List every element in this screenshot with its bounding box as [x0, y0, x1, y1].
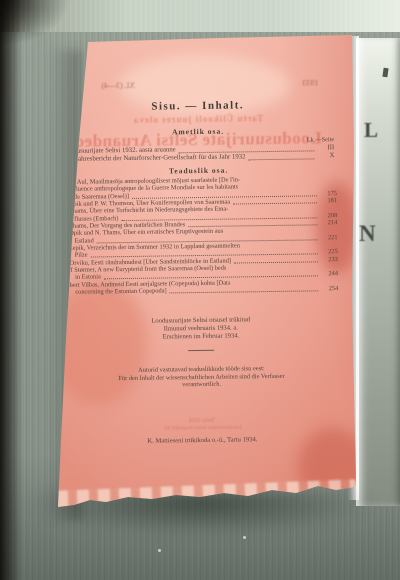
dot-leader	[249, 158, 315, 160]
dust-speck	[243, 536, 246, 539]
photo-dark-left-edge	[0, 0, 22, 580]
page-number: 181	[320, 197, 337, 205]
dot-leader	[170, 290, 319, 293]
mirrored-text: Tartu 1934	[189, 418, 215, 424]
mirrored-text: Tartu Ülikooli juures oleva	[133, 113, 263, 125]
page-number: 244	[321, 271, 338, 279]
cover-letter: L	[364, 120, 378, 141]
page-number: III	[317, 144, 334, 152]
mirrored-text: 1933	[302, 78, 318, 87]
page-column-label: Lk.—Seite	[292, 136, 334, 144]
page-number: 214	[320, 219, 337, 227]
dust-speck	[158, 549, 161, 552]
bleedthrough-year: 1933	[287, 78, 333, 88]
cover-letter: N	[359, 222, 376, 245]
printer-imprint: K. Mattieseni trükikoda o.-ü., Tartu 193…	[62, 435, 342, 446]
page-number: X	[317, 152, 334, 160]
page-number: 254	[321, 285, 338, 293]
page-number: 221	[321, 234, 338, 242]
photo-dark-corner	[0, 0, 70, 46]
page-number: 233	[321, 256, 338, 264]
adjacent-grey-book-cover: L N	[356, 38, 400, 506]
colophon-block: Loodusuurijate Seltsi otsusel trükitud I…	[61, 315, 341, 343]
responsibility-note-block: Autorid vastutavad teaduslikkude tööde s…	[61, 364, 341, 391]
toc-entries-list: Juhan Aul, Maailmasõja antropoloogilises…	[61, 175, 339, 296]
mirrored-text: Loodusuurijate Seltsi Aruanded XL	[163, 424, 241, 431]
line-text: concerning the Estonian Copepoda]	[75, 288, 166, 297]
separator-dash	[188, 350, 214, 351]
line-text: Jahresbericht der Naturforscher-Gesellsc…	[75, 153, 245, 163]
cover-small-mark	[382, 68, 388, 78]
bleedthrough-volume-number: XL (3—4)	[81, 81, 155, 91]
photo-of-book-page: L N XL (3—4) 1933 Sisu. — Inhalt. Tartu …	[0, 0, 400, 580]
mirrored-text: XL (3—4)	[101, 81, 135, 90]
page-title: Sisu. — Inhalt.	[58, 98, 338, 114]
official-entries-list: Loodusuurijate Seltsi 1932. aasta aruann…	[62, 144, 334, 164]
